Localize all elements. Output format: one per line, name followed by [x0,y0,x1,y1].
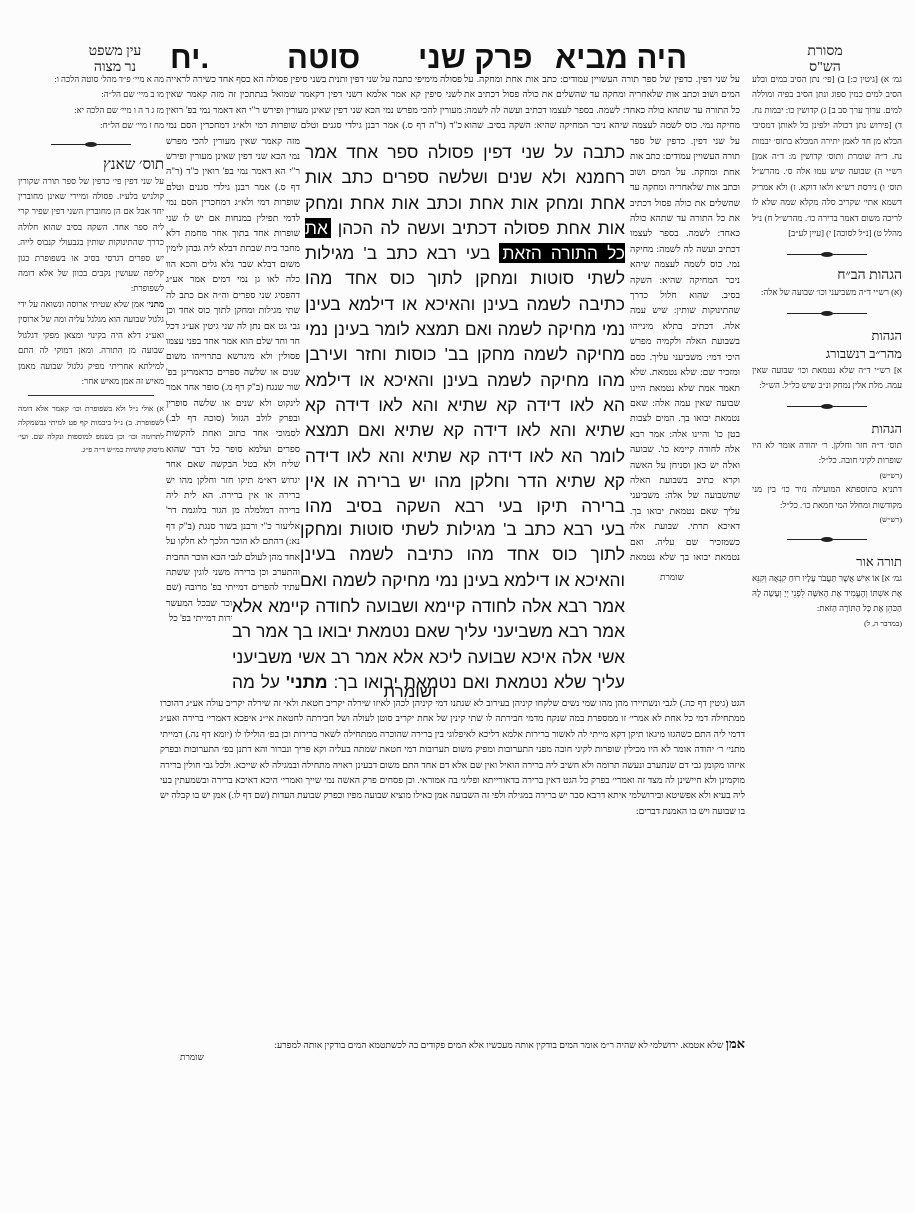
masoret-hashas-text: גמ׳ א) [גיטין כ:] ב) [פי׳ נתן הסיב במים … [752,72,902,241]
tosafot-shantz-mishnah: מתני׳ אמן שלא שטיתי ארוסה ונשואה על ידי … [18,297,164,389]
ein-mishpat-column: מה א מיי׳ פ״ד מהל׳ סוטה הלכה ו: מו ב מיי… [18,72,164,457]
tosafot-text: פסולה מימיפי כתבה על שני דפין ותנית בשני… [166,72,300,627]
torah-or-ref: (במדבר ה, ל) [752,617,902,631]
gemara-body: בעי רבא כתב ב' מגילות לשתי סוטות ומחקן ל… [305,243,625,516]
chapter-title: היה מביא [555,40,687,76]
hagahot-text-2: דתניא בתוספתא המועילה נזיר כו׳ בין מני מ… [752,482,902,513]
tosafot-text-top: פסולה מימיפי כתבה על שני דפין ותנית בשני… [166,74,462,134]
rule-divider [28,395,154,396]
tosafot-bottom: הגט (גיטין דף כה.) לגבי ונשתיירו מהן מהו… [160,696,745,1033]
perek-title: פרק שני [418,40,533,76]
tosafot-shantz-mishnah-text: אמן שלא שטיתי ארוסה ונשואה על ידי גלגול … [18,299,164,386]
gemara-block: כתבה על שני דפין פסולה ספר אחד אמר רחמנא… [305,140,625,516]
hagahot-title: הגהות [752,420,902,438]
tosafot-shantz-title: תוס׳ שאנץ [18,156,164,174]
right-margin-column: גמ׳ א) [גיטין כ:] ב) [פי׳ נתן הסיב במים … [752,72,902,630]
tosafot-column: פסולה מימיפי כתבה על שני דפין ותנית בשני… [166,72,300,672]
hagahot-source-2: (רש״ש) [752,513,902,527]
ein-mishpat-item: מו ב מיי׳ שם הל״ה: [18,87,164,102]
hagahot-bach-text: (א) רש״י ד״ה משביעני וכו׳ שבועה של אלה: [752,285,902,300]
folio-number: יח. [170,40,209,76]
ornament-divider [752,535,902,545]
tosafot-catchword: שומרת [180,1052,204,1063]
hagahot-bach-title: הגהות הב״ח [752,267,902,285]
ornament-divider [752,249,902,259]
ein-mishpat-item: מז ג ד ה ו מיי׳ שם הלכה יא: [18,103,164,118]
rashi-column: על שני דפין. כדפין של ספר תורה העשויין ע… [630,134,740,569]
ein-mishpat-item: מה א מיי׳ פ״ד מהל׳ סוטה הלכה ו: [18,72,164,87]
ein-mishpat-item: מח ז מיי׳ שם הל״ח: [18,118,164,133]
footnote-word: אמן [726,1036,745,1051]
tosafot-shantz-text: על שני דפין פי׳ כדפין של ספר תורה שקורין… [18,174,164,297]
ornament-divider [18,140,164,150]
ornament-divider [752,402,902,412]
mishnah-label: מתני׳ [147,299,164,309]
ornament-divider [752,309,902,319]
tosafot-shantz-notes: א) אולי נ״ל ולא בשפופרת וכו׳ קאמר אלא דו… [18,402,164,456]
tosafot-top-wide: פסולה מימיפי כתבה על שני דפין ותנית בשני… [166,72,462,134]
rashi-top-wide: על שני דפין. כדפין של ספר תורה העשויין ע… [464,72,740,134]
gemara-wide-block: אמר רבא אלה לחודה קיימא ושבועה לחודה קיי… [232,594,625,694]
hagahot-text-1: תוס׳ ד״ה חזר וחלקן. ר׳ יהודה אומר לא היו… [752,438,902,469]
hagahot-ranshburg-title: הגהות מהר״ב רנשבורג [752,327,902,363]
torah-or-title: תורה אור [752,553,902,571]
rashi-text-top: על שני דפין. כדפין של ספר תורה העשויין ע… [464,74,740,134]
tractate-title: סוטה [287,40,360,76]
gemara-opening: כתבה על שני דפין פסולה ספר אחד אמר רחמנא… [305,142,625,238]
footnote-text: שלא אטמא. ירושלמי לא שהיה ר״מ אומר המים … [274,1040,723,1050]
rashi-catchword: שומרת [660,572,684,583]
hagahot-source-1: (רש״ש) [752,469,902,483]
hagahot-ranshburg-text: א] רש״י ד״ה שלא נטמאת וכו׳ שבועה שאין עמ… [752,363,902,394]
rashi-text: על שני דפין. כדפין של ספר תורה העשויין ע… [630,134,740,569]
tosafot-bottom-text: הגט (גיטין דף כה.) לגבי ונשתיירו מהן מהו… [160,698,745,816]
tosafot-footnote: אמן שלא אטמא. ירושלמי לא שהיה ר״מ אומר ה… [160,1036,745,1053]
mishnah-label: מתני' [286,672,328,692]
torah-or-text: גמ׳ א] אוֹ אִישׁ אֲשֶׁר תַּעֲבֹר עָלָיו … [752,571,902,617]
